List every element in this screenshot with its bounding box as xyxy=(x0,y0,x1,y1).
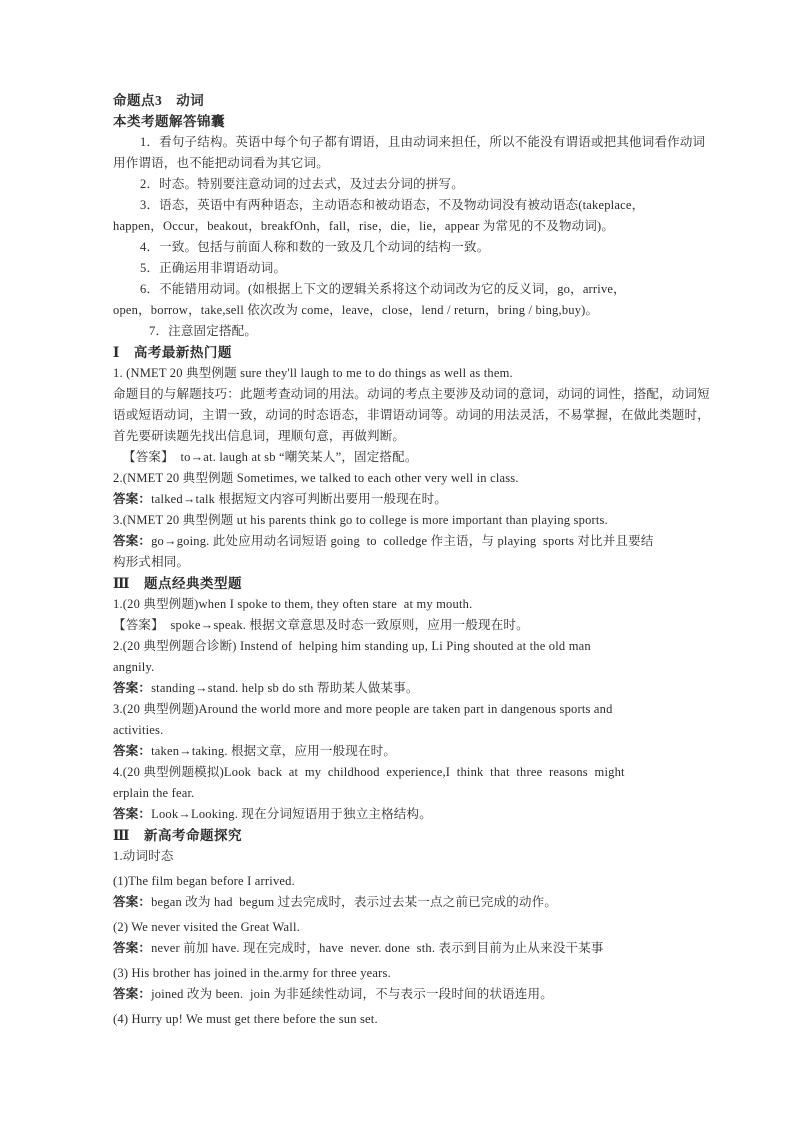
line-text: never 前加 have. 现在完成时，have never. done st… xyxy=(151,941,604,955)
text-line: (2) We never visited the Great Wall. xyxy=(113,917,690,938)
text-line: 答案：standing→stand. help sb do sth 帮助某人做某… xyxy=(113,678,690,699)
text-line: (4) Hurry up! We must get there before t… xyxy=(113,1009,690,1030)
line-text: 7．注意固定搭配。 xyxy=(149,324,257,338)
section-heading: Ⅲ 题点经典类型题 xyxy=(113,573,690,594)
line-text: activities. xyxy=(113,723,163,737)
line-text: Ⅲ 题点经典类型题 xyxy=(113,576,242,591)
text-line: 命题目的与解题技巧：此题考查动词的用法。动词的考点主要涉及动词的意词，动词的词性… xyxy=(113,384,690,405)
line-text: talked→talk 根据短文内容可判断出要用一般现在时。 xyxy=(151,492,447,506)
answer-label: 答案： xyxy=(113,534,151,548)
line-text: 4．一致。包括与前面人称和数的一致及几个动词的结构一致。 xyxy=(140,240,489,254)
line-text: 【答案】 spoke→speak. 根据文章意思及时态一致原则，应用一般现在时。 xyxy=(113,618,529,632)
line-text: 1. (NMET 20 典型例题 sure they'll laugh to m… xyxy=(113,366,513,380)
line-text: 首先要研读题先找出信息词，理顺句意，再做判断。 xyxy=(113,429,405,443)
answer-label: 答案： xyxy=(113,987,151,1001)
text-line: 3.(20 典型例题)Around the world more and mor… xyxy=(113,699,690,720)
line-text: 1．看句子结构。英语中每个句子都有谓语，且由动词来担任，所以不能没有谓语或把其他… xyxy=(140,135,705,149)
answer-label: 答案： xyxy=(113,941,151,955)
line-text: 3．语态，英语中有两种语态，主动语态和被动语态，不及物动词没有被动语态(take… xyxy=(140,198,644,212)
line-text: (1)The film began before I arrived. xyxy=(113,874,295,888)
text-line: erplain the fear. xyxy=(113,783,690,804)
line-text: 4.(20 典型例题模拟)Look back at my childhood e… xyxy=(113,765,625,779)
document-body: 命题点3 动词本类考题解答锦囊1．看句子结构。英语中每个句子都有谓语，且由动词来… xyxy=(113,90,690,1030)
text-line: 答案：go→going. 此处应用动名词短语 going to colledge… xyxy=(113,531,690,552)
text-line: 1. (NMET 20 典型例题 sure they'll laugh to m… xyxy=(113,363,690,384)
text-line: 2．时态。特别要注意动词的过去式，及过去分词的拼写。 xyxy=(113,174,690,195)
line-text: 2.(20 典型例题合诊断) Instend of helping him st… xyxy=(113,639,591,653)
line-text: 命题目的与解题技巧：此题考查动词的用法。动词的考点主要涉及动词的意词，动词的词性… xyxy=(113,387,710,401)
answer-label: 答案： xyxy=(113,492,151,506)
line-text: 【答案】 to→at. laugh at sb “嘲笑某人”，固定搭配。 xyxy=(123,450,418,464)
text-line: 2.(NMET 20 典型例题 Sometimes, we talked to … xyxy=(113,468,690,489)
line-text: 1.动词时态 xyxy=(113,849,174,863)
line-text: (2) We never visited the Great Wall. xyxy=(113,920,300,934)
line-text: 命题点3 动词 xyxy=(113,93,204,108)
line-text: Ⅰ 高考最新热门题 xyxy=(113,345,232,360)
line-text: angnily. xyxy=(113,660,154,674)
line-text: go→going. 此处应用动名词短语 going to colledge 作主… xyxy=(151,534,653,548)
text-line: 1.(20 典型例题)when I spoke to them, they of… xyxy=(113,594,690,615)
text-line: 4．一致。包括与前面人称和数的一致及几个动词的结构一致。 xyxy=(113,237,690,258)
text-line: 答案：never 前加 have. 现在完成时，have never. done… xyxy=(113,938,690,959)
line-text: open，borrow，take,sell 依次改为 come，leave，cl… xyxy=(113,303,598,317)
line-text: Look→Looking. 现在分词短语用于独立主格结构。 xyxy=(151,807,432,821)
text-line: (1)The film began before I arrived. xyxy=(113,871,690,892)
answer-label: 答案： xyxy=(113,807,151,821)
text-line: 4.(20 典型例题模拟)Look back at my childhood e… xyxy=(113,762,690,783)
answer-label: 答案： xyxy=(113,681,151,695)
text-line: 构形式相同。 xyxy=(113,552,690,573)
text-line: 答案：joined 改为 been. join 为非延续性动词，不与表示一段时间… xyxy=(113,984,690,1005)
section-heading: 命题点3 动词 xyxy=(113,90,690,111)
text-line: 答案：Look→Looking. 现在分词短语用于独立主格结构。 xyxy=(113,804,690,825)
line-text: 本类考题解答锦囊 xyxy=(113,114,225,129)
section-heading: Ⅰ 高考最新热门题 xyxy=(113,342,690,363)
section-heading: Ⅲ 新高考命题探究 xyxy=(113,825,690,846)
line-text: 构形式相同。 xyxy=(113,555,189,569)
text-line: open，borrow，take,sell 依次改为 come，leave，cl… xyxy=(113,300,690,321)
document-page: 命题点3 动词本类考题解答锦囊1．看句子结构。英语中每个句子都有谓语，且由动词来… xyxy=(0,0,800,1132)
text-line: 7．注意固定搭配。 xyxy=(113,321,690,342)
text-line: 6．不能错用动词。(如根据上下文的逻辑关系将这个动词改为它的反义词，go，arr… xyxy=(113,279,690,300)
line-text: (3) His brother has joined in the.army f… xyxy=(113,966,391,980)
line-text: 6．不能错用动词。(如根据上下文的逻辑关系将这个动词改为它的反义词，go，arr… xyxy=(140,282,626,296)
text-line: 1.动词时态 xyxy=(113,846,690,867)
text-line: 答案：talked→talk 根据短文内容可判断出要用一般现在时。 xyxy=(113,489,690,510)
line-text: 5．正确运用非谓语动词。 xyxy=(140,261,286,275)
text-line: 2.(20 典型例题合诊断) Instend of helping him st… xyxy=(113,636,690,657)
line-text: began 改为 had begum 过去完成时，表示过去某一点之前已完成的动作… xyxy=(151,895,557,909)
line-text: 3.(20 典型例题)Around the world more and mor… xyxy=(113,702,613,716)
text-line: 5．正确运用非谓语动词。 xyxy=(113,258,690,279)
text-line: happen，Occur，beakout，breakfOnh，fall，rise… xyxy=(113,216,690,237)
line-text: taken→taking. 根据文章，应用一般现在时。 xyxy=(151,744,396,758)
line-text: 3.(NMET 20 典型例题 ut his parents think go … xyxy=(113,513,608,527)
answer-label: 答案： xyxy=(113,895,151,909)
line-text: standing→stand. help sb do sth 帮助某人做某事。 xyxy=(151,681,419,695)
text-line: 1．看句子结构。英语中每个句子都有谓语，且由动词来担任，所以不能没有谓语或把其他… xyxy=(113,132,690,153)
text-line: 3.(NMET 20 典型例题 ut his parents think go … xyxy=(113,510,690,531)
line-text: Ⅲ 新高考命题探究 xyxy=(113,828,242,843)
line-text: 1.(20 典型例题)when I spoke to them, they of… xyxy=(113,597,472,611)
section-heading: 本类考题解答锦囊 xyxy=(113,111,690,132)
text-line: angnily. xyxy=(113,657,690,678)
text-line: 语或短语动词，主谓一致，动词的时态语态，非谓语动词等。动词的用法灵活，不易掌握，… xyxy=(113,405,690,426)
text-line: 用作谓语，也不能把动词看为其它词。 xyxy=(113,153,690,174)
text-line: 【答案】 to→at. laugh at sb “嘲笑某人”，固定搭配。 xyxy=(113,447,690,468)
line-text: (4) Hurry up! We must get there before t… xyxy=(113,1012,378,1026)
text-line: activities. xyxy=(113,720,690,741)
text-line: 3．语态，英语中有两种语态，主动语态和被动语态，不及物动词没有被动语态(take… xyxy=(113,195,690,216)
line-text: 用作谓语，也不能把动词看为其它词。 xyxy=(113,156,329,170)
answer-label: 答案： xyxy=(113,744,151,758)
line-text: erplain the fear. xyxy=(113,786,194,800)
text-line: 答案：began 改为 had begum 过去完成时，表示过去某一点之前已完成… xyxy=(113,892,690,913)
text-line: 首先要研读题先找出信息词，理顺句意，再做判断。 xyxy=(113,426,690,447)
text-line: (3) His brother has joined in the.army f… xyxy=(113,963,690,984)
text-line: 【答案】 spoke→speak. 根据文章意思及时态一致原则，应用一般现在时。 xyxy=(113,615,690,636)
line-text: 语或短语动词，主谓一致，动词的时态语态，非谓语动词等。动词的用法灵活，不易掌握，… xyxy=(113,408,710,422)
line-text: happen，Occur，beakout，breakfOnh，fall，rise… xyxy=(113,219,614,233)
line-text: 2.(NMET 20 典型例题 Sometimes, we talked to … xyxy=(113,471,519,485)
line-text: joined 改为 been. join 为非延续性动词，不与表示一段时间的状语… xyxy=(151,987,553,1001)
text-line: 答案：taken→taking. 根据文章，应用一般现在时。 xyxy=(113,741,690,762)
line-text: 2．时态。特别要注意动词的过去式，及过去分词的拼写。 xyxy=(140,177,464,191)
